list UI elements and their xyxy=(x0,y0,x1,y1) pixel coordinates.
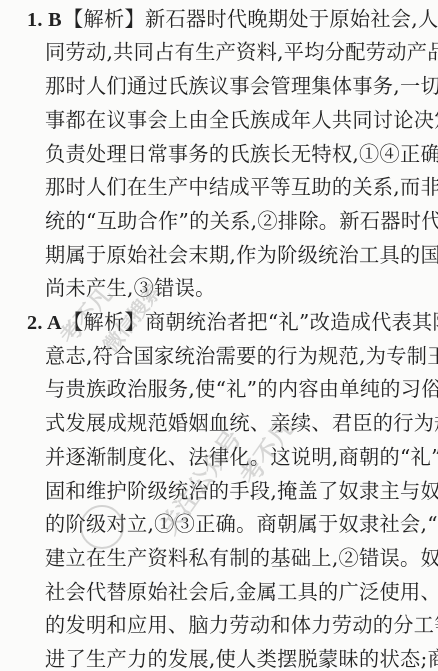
item-2-number: 2. A xyxy=(27,308,63,338)
document-page: 1. B【解析】新石器时代晚期处于原始社会,人们共 同劳动,共同占有生产资料,平… xyxy=(0,0,438,671)
item-1-line-3: 那时人们通过氏族议事会管理集体事务,一切大 xyxy=(45,71,430,101)
item-1-line-4: 事都在议事会上由全氏族成年人共同讨论决定, xyxy=(45,105,430,135)
item-2-line-2: 意志,符合国家统治需要的行为规范,为专制王权 xyxy=(45,341,430,371)
item-1-line-9: 尚未产生,③错误。 xyxy=(45,273,430,303)
item-2-line-10: 的发明和应用、脑力劳动和体力劳动的分工等,促 xyxy=(45,610,430,640)
item-1-line-1: 1. B【解析】新石器时代晚期处于原始社会,人们共 xyxy=(27,4,430,34)
item-2-line-5: 并逐渐制度化、法律化。这说明,商朝的“礼”是巩 xyxy=(45,442,430,472)
item-2-text: 【解析】商朝统治者把“礼”改造成代表其阶级 xyxy=(63,310,438,334)
watermark-logo-icon xyxy=(80,505,124,549)
item-1-line-5: 负责处理日常事务的氏族长无特权,①④正确。 xyxy=(45,139,430,169)
item-2-line-9: 社会代替原始社会后,金属工具的广泛使用、文字 xyxy=(45,577,430,607)
item-1-line-6: 那时人们在生产中结成平等互助的关系,而非笼 xyxy=(45,172,430,202)
item-2-line-11: 进了生产力的发展,使人类摆脱蒙昧的状态;商朝 xyxy=(45,644,430,671)
item-2-line-4: 式发展成规范婚姻血统、亲续、君臣的行为规则, xyxy=(45,408,430,438)
item-1-line-2: 同劳动,共同占有生产资料,平均分配劳动产品。 xyxy=(45,37,430,67)
item-1-line-7: 统的“互助合作”的关系,②排除。新石器时代晚 xyxy=(45,206,430,236)
item-2-line-3: 与贵族政治服务,使“礼”的内容由单纯的习俗仪 xyxy=(45,374,430,404)
item-1-text: 【解析】新石器时代晚期处于原始社会,人们共 xyxy=(63,7,438,31)
item-1-number: 1. B xyxy=(27,5,63,35)
item-2-line-6: 固和维护阶级统治的手段,掩盖了奴隶主与奴隶 xyxy=(45,476,430,506)
item-1-line-8: 期属于原始社会末期,作为阶级统治工具的国家 xyxy=(45,240,430,270)
item-2-line-1: 2. A【解析】商朝统治者把“礼”改造成代表其阶级 xyxy=(27,307,430,337)
